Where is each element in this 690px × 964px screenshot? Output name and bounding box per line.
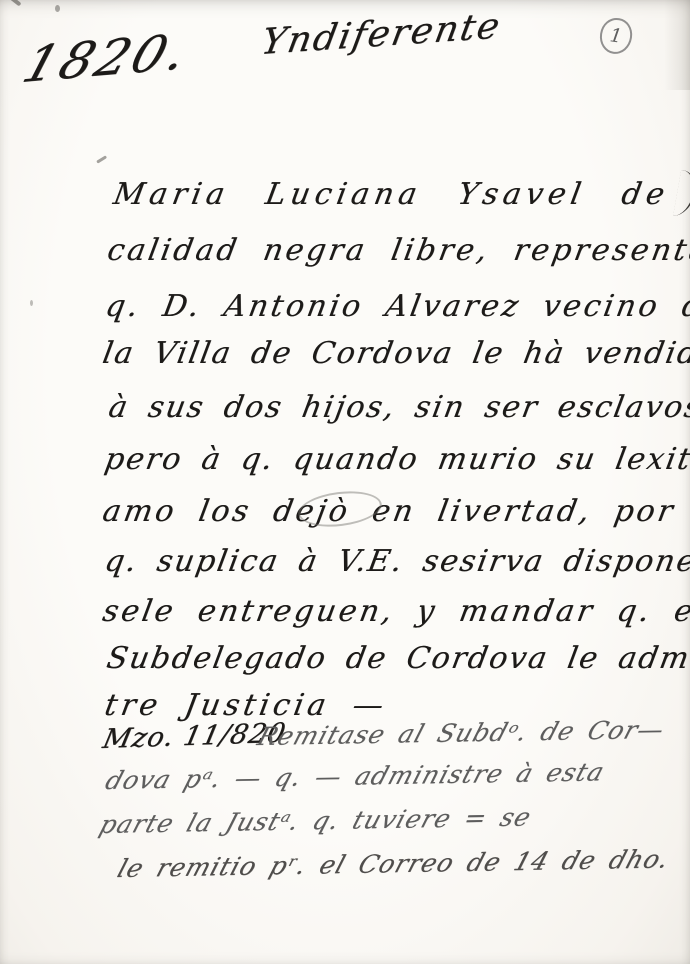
- manuscript-line-text: q. D. Antonio Alvarez vecino de: [103, 289, 690, 324]
- manuscript-line: sele entreguen, y mandar q. el: [100, 594, 690, 629]
- manuscript-line: à sus dos hijos, sin ser esclavos re-: [106, 390, 690, 425]
- manuscript-line-text: sele entreguen, y mandar q. el: [100, 594, 690, 629]
- scan-artifact-speck: [96, 155, 107, 163]
- manuscript-line: Subdelegado de Cordova le adminis-: [104, 641, 690, 676]
- manuscript-line-text: à sus dos hijos, sin ser esclavos re-: [106, 390, 690, 425]
- manuscript-line-text: Maria Luciana Ysavel de: [111, 177, 672, 212]
- document-classification-header: Yndiferente: [258, 6, 504, 63]
- scan-artifact-speck: [30, 300, 33, 306]
- official-annotation-line: Remitase al Subdᵒ. de Cor—: [254, 715, 668, 751]
- manuscript-line: calidad negra libre, representa: [104, 226, 690, 272]
- official-annotation-line: dova pᵃ. — q. — administre à esta: [102, 757, 608, 795]
- official-annotation-line: le remitio pʳ. el Correo de 14 de dho.: [114, 844, 673, 883]
- manuscript-page: 1820. Yndiferente 1 Maria Luciana Ysavel…: [0, 0, 690, 964]
- scan-artifact-speck: [55, 5, 60, 12]
- manuscript-line: amo los dejò en livertad, por lo: [100, 494, 690, 529]
- manuscript-line-text: amo los dejò en livertad, por lo: [100, 494, 690, 529]
- manuscript-line-text: Subdelegado de Cordova le adminis-: [104, 641, 690, 676]
- manuscript-line: pero à q. quando murio su lexitimo: [102, 442, 690, 477]
- circled-page-number: 1: [598, 16, 635, 56]
- manuscript-line-text: pero à q. quando murio su lexitimo: [102, 442, 690, 477]
- manuscript-line-text: tre Justicia —: [102, 688, 390, 723]
- official-annotation-line: parte la Justᵃ. q. tuviere = se: [96, 803, 535, 839]
- scan-artifact-speck: [6, 0, 21, 7]
- manuscript-line: Maria Luciana Ysavel de: [110, 170, 690, 216]
- year-label: 1820.: [16, 22, 197, 94]
- manuscript-line-text: q. suplica à V.E. sesirva disponer: [102, 544, 690, 579]
- manuscript-line: la Villa de Cordova le hà vendido: [100, 336, 690, 371]
- page-number: 1: [608, 24, 623, 47]
- manuscript-line: tre Justicia —: [102, 688, 390, 723]
- manuscript-line-text: la Villa de Cordova le hà vendido: [100, 336, 690, 371]
- scan-edge-smudge: [664, 0, 690, 90]
- manuscript-line: q. D. Antonio Alvarez vecino de: [102, 282, 690, 328]
- manuscript-line-text: calidad negra libre, representa: [105, 233, 690, 268]
- pen-flourish: [673, 170, 690, 216]
- manuscript-line: q. suplica à V.E. sesirva disponer: [102, 544, 690, 579]
